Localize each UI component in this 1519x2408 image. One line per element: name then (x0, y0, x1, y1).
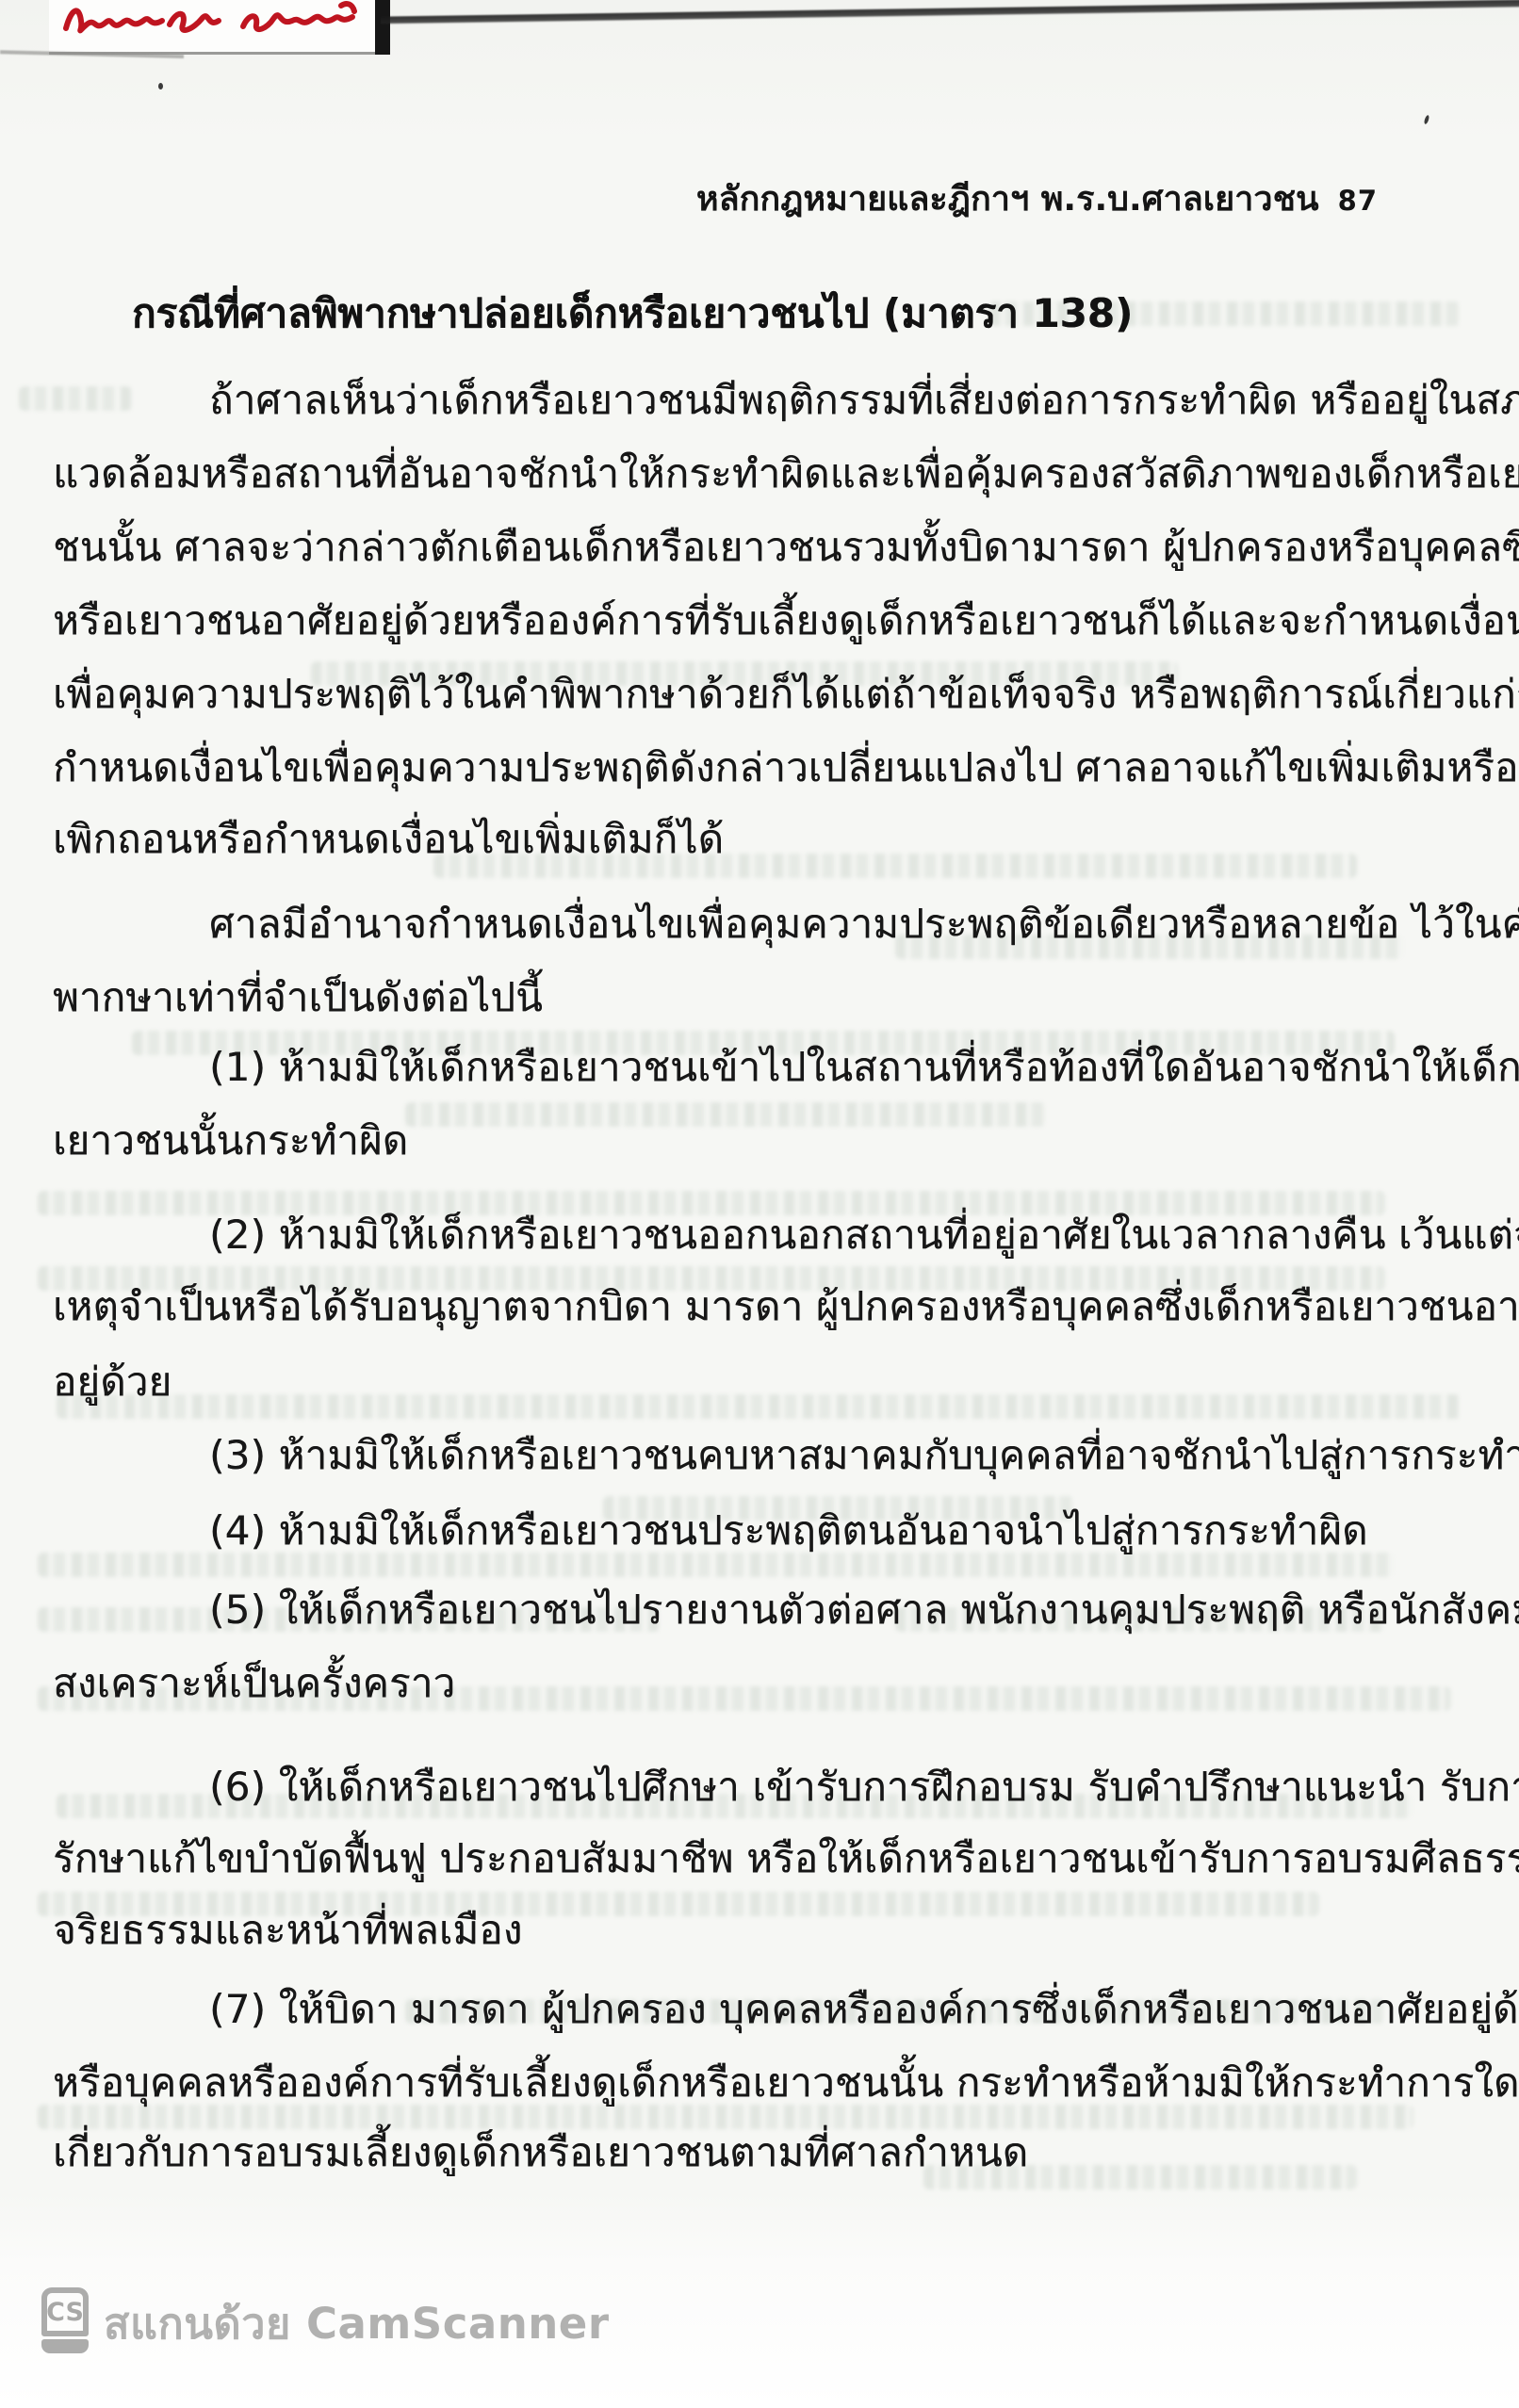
running-header: หลักกฎหมายและฎีกาฯ พ.ร.บ.ศาลเยาวชน87 (0, 171, 1378, 225)
running-header-title: หลักกฎหมายและฎีกาฯ พ.ร.บ.ศาลเยาวชน (696, 180, 1319, 219)
camscanner-logo: CS (41, 2287, 89, 2353)
text-line: พากษาเท่าที่จำเป็นดังต่อไปนี้ (53, 967, 543, 1029)
scanned-book-page: หลักกฎหมายและฎีกาฯ พ.ร.บ.ศาลเยาวชน87 กรณ… (0, 0, 1519, 2408)
text-line: (1) ห้ามมิให้เด็กหรือเยาวชนเข้าไปในสถานท… (209, 1036, 1519, 1098)
text-line: ศาลมีอำนาจกำหนดเงื่อนไขเพื่อคุมความประพฤ… (209, 893, 1519, 955)
text-line: (4) ห้ามมิให้เด็กหรือเยาวชนประพฤติตนอันอ… (209, 1500, 1368, 1562)
text-line: อยู่ด้วย (53, 1351, 171, 1413)
text-line: ชนนั้น ศาลจะว่ากล่าวตักเตือนเด็กหรือเยาว… (53, 516, 1519, 578)
text-line: เยาวชนนั้นกระทำผิด (53, 1110, 408, 1172)
text-line: (5) ให้เด็กหรือเยาวชนไปรายงานตัวต่อศาล พ… (209, 1579, 1519, 1641)
text-line: จริยธรรมและหน้าที่พลเมือง (53, 1899, 522, 1961)
text-line: (3) ห้ามมิให้เด็กหรือเยาวชนคบหาสมาคมกับบ… (209, 1424, 1519, 1487)
bleedthrough-artifact (19, 386, 132, 411)
scan-speck (1424, 115, 1430, 125)
bleedthrough-artifact (405, 1102, 1046, 1127)
cs-logo-frame: CS (41, 2287, 89, 2336)
cs-logo-base (41, 2339, 89, 2353)
scan-speck (158, 83, 163, 89)
text-line: เหตุจำเป็นหรือได้รับอนุญาตจากบิดา มารดา … (53, 1276, 1519, 1338)
text-line: เกี่ยวกับการอบรมเลี้ยงดูเด็กหรือเยาวชนตา… (53, 2122, 1028, 2184)
text-line: (7) ให้บิดา มารดา ผู้ปกครอง บุคคลหรือองค… (209, 1978, 1519, 2041)
page-number: 87 (1338, 185, 1378, 217)
text-line: หรือเยาวชนอาศัยอยู่ด้วยหรือองค์การที่รับ… (53, 590, 1519, 652)
text-line: เพื่อคุมความประพฤติไว้ในคำพิพากษาด้วยก็ไ… (53, 663, 1519, 725)
text-line: เพิกถอนหรือกำหนดเงื่อนไขเพิ่มเติมก็ได้ (53, 808, 724, 870)
text-line: แวดล้อมหรือสถานที่อันอาจชักนำให้กระทำผิด… (53, 443, 1519, 505)
text-line: รักษาแก้ไขบำบัดฟื้นฟู ประกอบสัมมาชีพ หรื… (53, 1828, 1519, 1890)
text-line: ถ้าศาลเห็นว่าเด็กหรือเยาวชนมีพฤติกรรมที่… (209, 369, 1519, 431)
section-heading: กรณีที่ศาลพิพากษาปล่อยเด็กหรือเยาวชนไป (… (132, 283, 1133, 345)
scan-credit-text: สแกนด้วย CamScanner (104, 2289, 610, 2357)
bleedthrough-artifact (57, 1394, 1461, 1419)
cs-logo-text: CS (46, 2298, 84, 2327)
text-line: (2) ห้ามมิให้เด็กหรือเยาวชนออกนอกสถานที่… (209, 1204, 1519, 1266)
text-line: กำหนดเงื่อนไขเพื่อคุมความประพฤติดังกล่าว… (53, 737, 1518, 799)
text-line: สงเคราะห์เป็นครั้งคราว (53, 1652, 455, 1715)
text-line: หรือบุคคลหรือองค์การที่รับเลี้ยงดูเด็กหร… (53, 2052, 1519, 2114)
text-line: (6) ให้เด็กหรือเยาวชนไปศึกษา เข้ารับการฝ… (209, 1756, 1519, 1818)
scan-top-edge-line (381, 0, 1519, 32)
handwritten-ink-artifact (58, 0, 369, 41)
